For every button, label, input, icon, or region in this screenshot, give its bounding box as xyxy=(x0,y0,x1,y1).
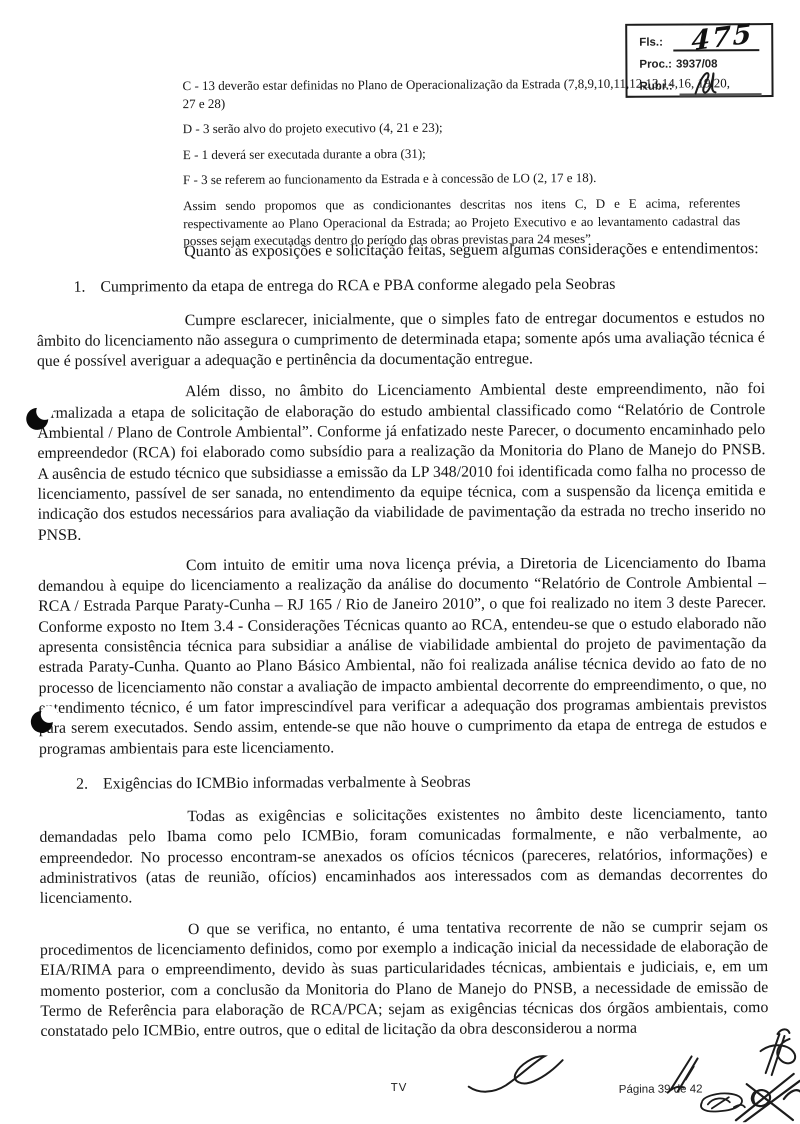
section-2-heading: 2. Exigências do ICMBio informadas verba… xyxy=(76,771,767,795)
intro-paragraph: Quanto às exposições e solicitação feita… xyxy=(36,239,764,263)
stamp-fls-row: Fls.: 475 xyxy=(639,31,761,54)
section-1-number: 1. xyxy=(74,278,86,298)
section-2-paragraph-2: O que se verifica, no entanto, é uma ten… xyxy=(40,917,769,1043)
scanned-content: Fls.: 475 Proc.: 3937/08 Rubr.: C - 13 d… xyxy=(0,0,800,1124)
signature-scribble xyxy=(469,1056,563,1092)
section-2-title: Exigências do ICMBio informadas verbalme… xyxy=(103,772,471,794)
fls-label: Fls.: xyxy=(639,37,663,49)
condition-item-c: C - 13 deverão estar definidas no Plano … xyxy=(182,74,739,112)
condition-item-f: F - 3 se referem ao funcionamento da Est… xyxy=(183,169,740,190)
quoted-conditions-block: C - 13 deverão estar definidas no Plano … xyxy=(182,74,740,250)
section-1-title: Cumprimento da etapa de entrega do RCA e… xyxy=(100,275,615,298)
crossed-signature-mark xyxy=(736,1074,800,1122)
section-2-number: 2. xyxy=(76,774,88,794)
circled-initials-mark xyxy=(701,1093,745,1111)
section-2-paragraph-1: Todas as exigências e solicitações exist… xyxy=(39,804,768,909)
handwritten-fls-value: 475 xyxy=(691,18,753,57)
condition-item-d: D - 3 serão alvo do projeto executivo (4… xyxy=(183,117,740,138)
section-1-paragraph-2: Além disso, no âmbito do Licenciamento A… xyxy=(37,380,766,546)
section-1-paragraph-1: Cumpre esclarecer, inicialmente, que o s… xyxy=(37,308,765,373)
footer-initials: TV xyxy=(391,1082,408,1094)
section-1-paragraph-3: Com intuito de emitir uma nova licença p… xyxy=(38,553,767,760)
condition-item-e: E - 1 deverá ser executada durante a obr… xyxy=(183,143,740,164)
proc-label: Proc.: xyxy=(639,59,672,71)
document-page: Fls.: 475 Proc.: 3937/08 Rubr.: C - 13 d… xyxy=(0,0,800,1124)
body-text: Quanto às exposições e solicitação feita… xyxy=(36,239,768,1053)
section-1-heading: 1. Cumprimento da etapa de entrega do RC… xyxy=(74,274,765,298)
page-number: Página 39 de 42 xyxy=(619,1083,703,1095)
